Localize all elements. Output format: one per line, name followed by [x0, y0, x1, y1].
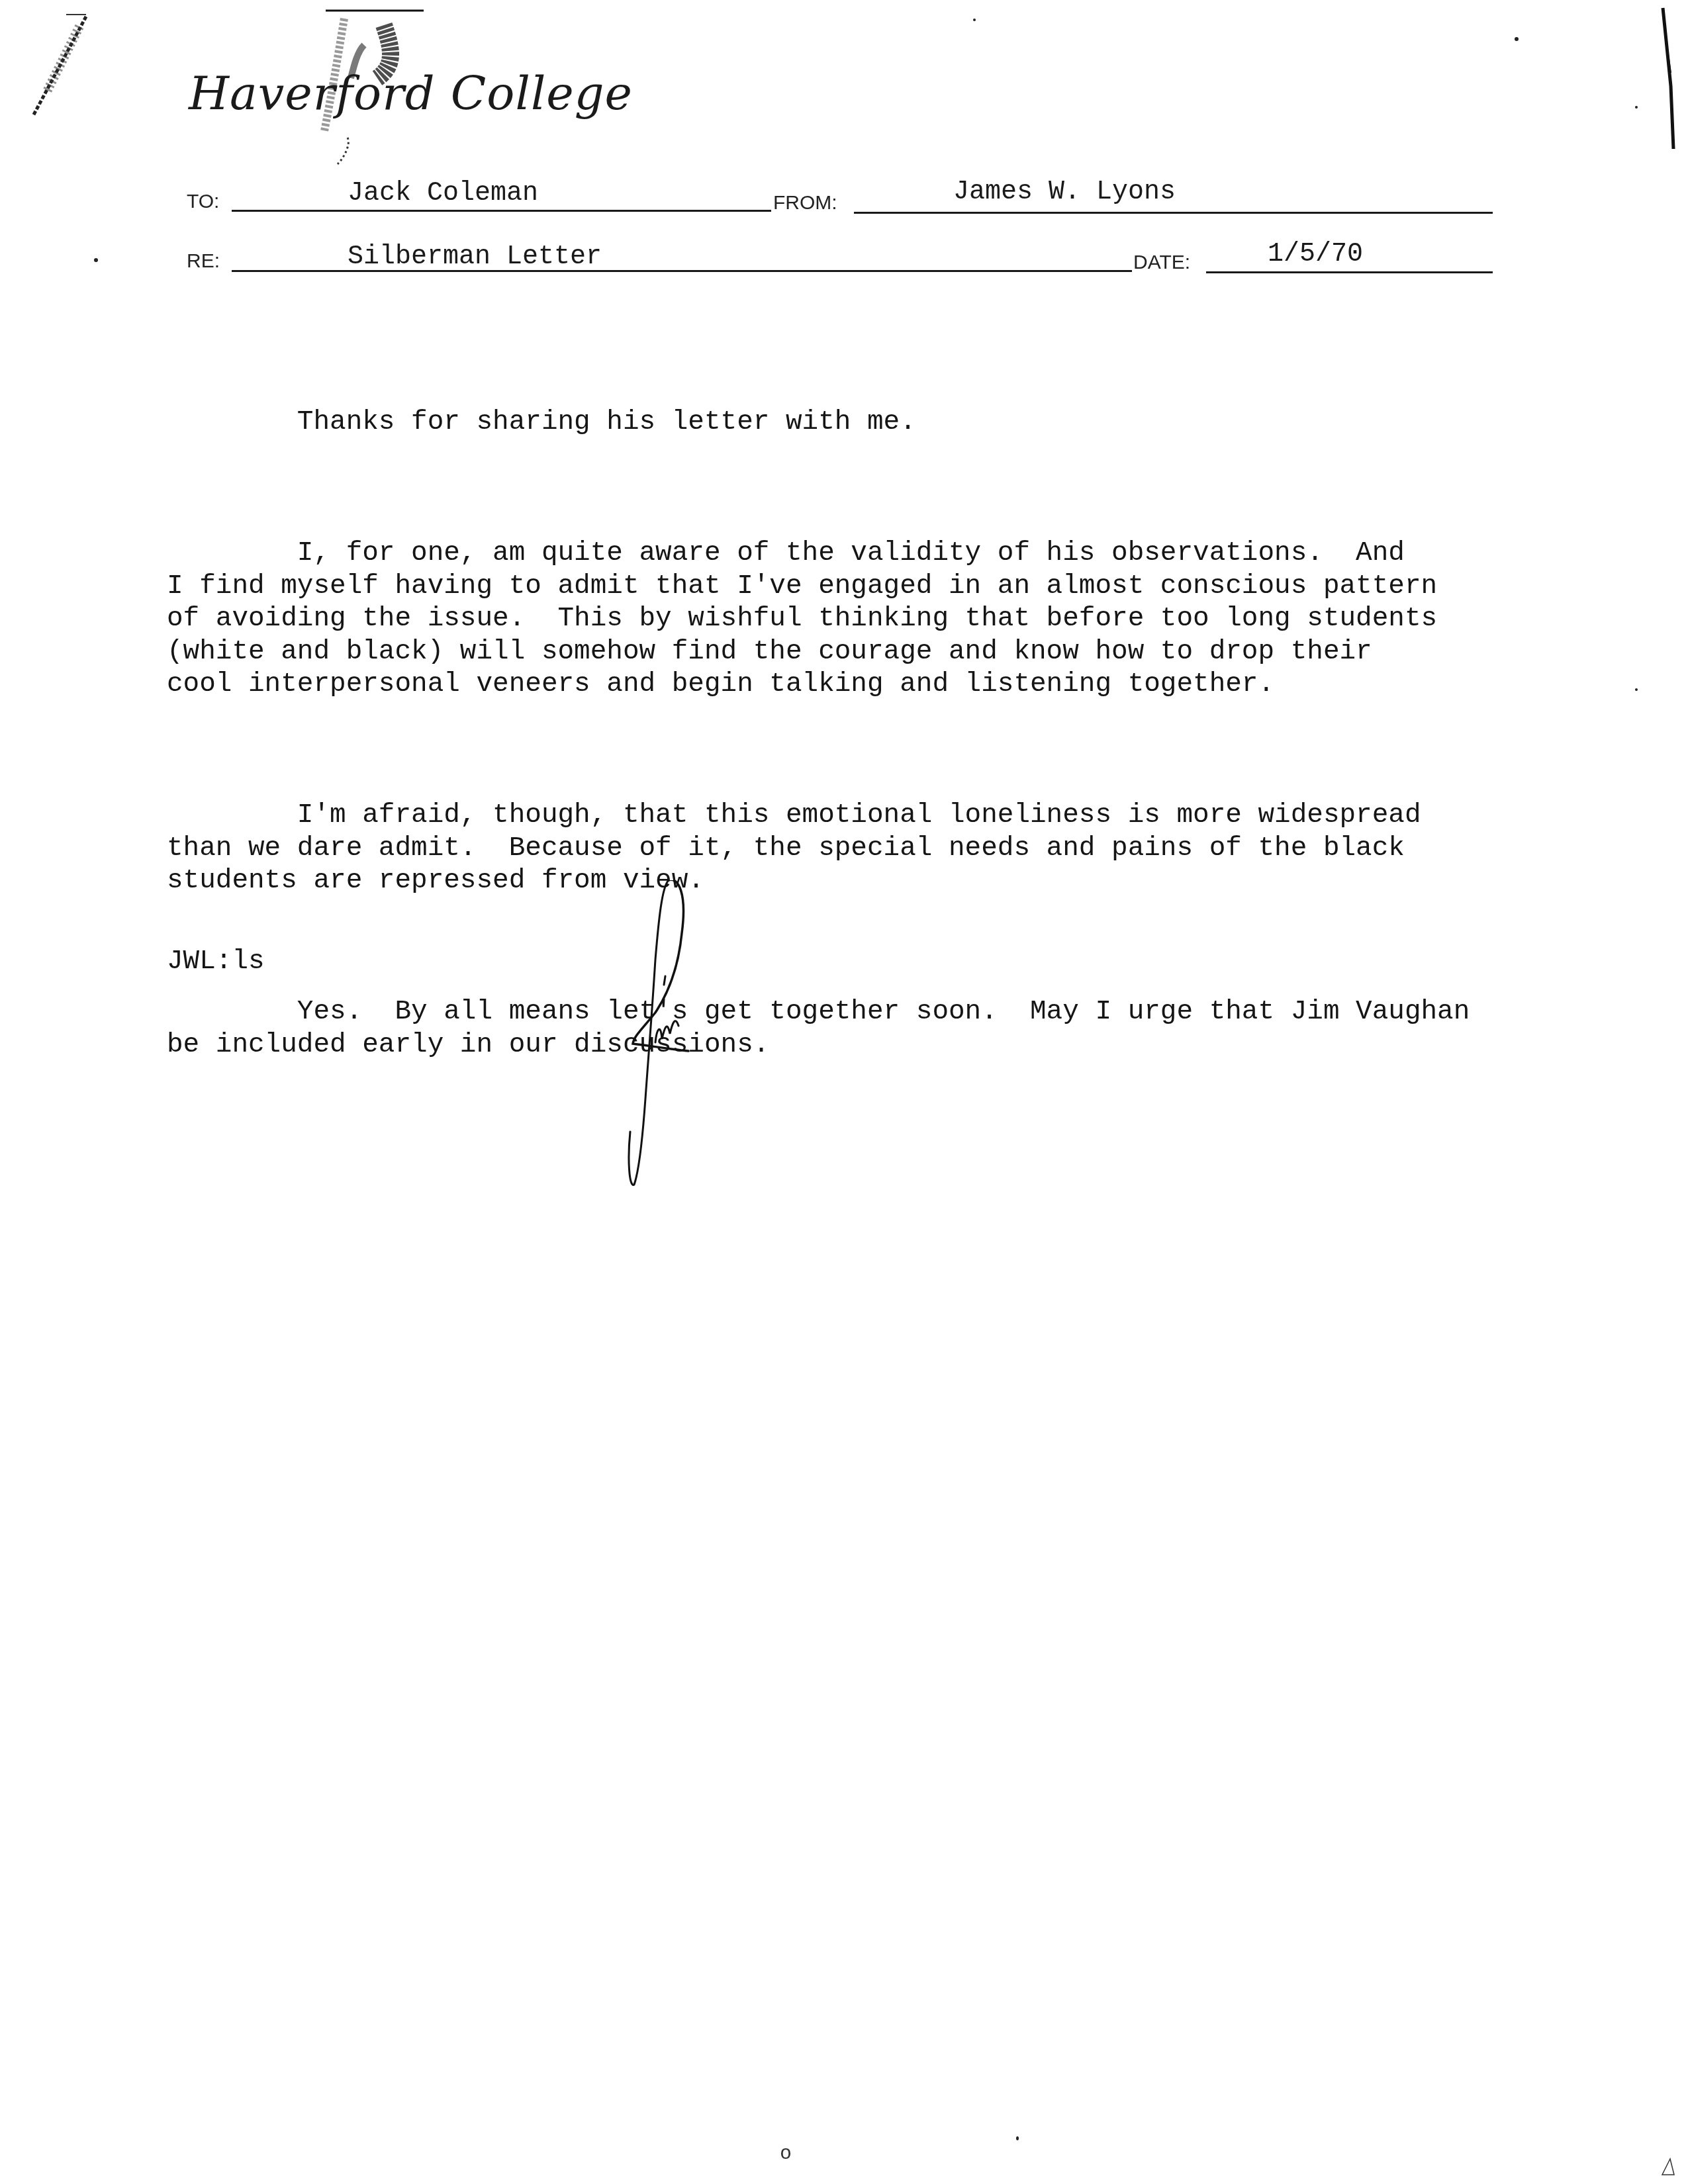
scan-speck	[973, 19, 976, 21]
body-paragraph: Yes. By all means let's get together soo…	[167, 996, 1524, 1062]
re-value: Silberman Letter	[348, 242, 602, 272]
scan-speck	[1635, 688, 1638, 691]
from-label: FROM:	[773, 192, 837, 214]
memo-body: Thanks for sharing his letter with me. I…	[167, 341, 1524, 1127]
handwritten-signature	[622, 880, 741, 1191]
re-label: RE:	[187, 250, 220, 273]
scan-artifact-corner-mark	[1658, 2158, 1678, 2177]
institution-letterhead: Haverford College	[189, 66, 633, 120]
from-underline	[854, 212, 1493, 214]
scan-artifact-right-edge	[1655, 7, 1681, 152]
scan-artifact-top-left	[20, 7, 126, 119]
body-paragraph: I, for one, am quite aware of the validi…	[167, 537, 1524, 702]
to-value: Jack Coleman	[348, 179, 538, 208]
to-label: TO:	[187, 191, 219, 213]
body-paragraph: Thanks for sharing his letter with me.	[167, 406, 1524, 439]
scan-speck	[1515, 37, 1519, 41]
date-value: 1/5/70	[1268, 240, 1363, 269]
scan-speck	[1635, 106, 1638, 109]
scan-speck	[1016, 2136, 1019, 2140]
scan-speck	[94, 258, 98, 262]
page-mark: o	[780, 2143, 792, 2165]
date-underline	[1206, 271, 1493, 273]
body-paragraph: I'm afraid, though, that this emotional …	[167, 799, 1524, 898]
date-label: DATE:	[1133, 251, 1190, 274]
reference-initials: JWL:ls	[167, 946, 265, 977]
from-value: James W. Lyons	[953, 177, 1176, 207]
to-underline	[232, 210, 771, 212]
